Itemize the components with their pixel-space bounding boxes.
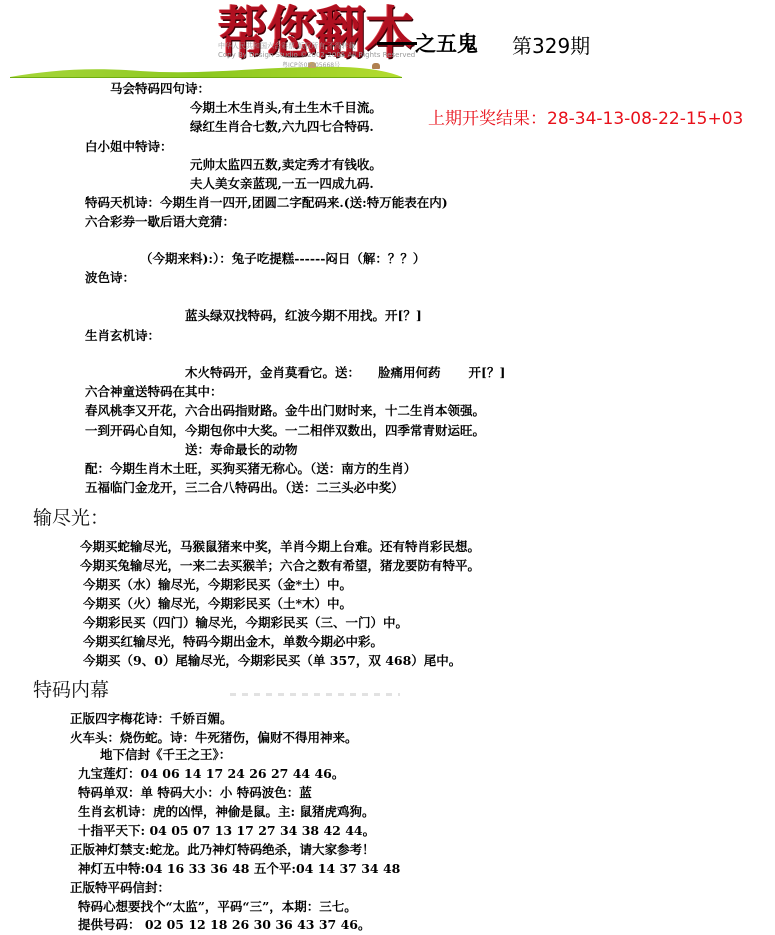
shentong-line: 一到开码心自知，今期包你中大奖。一二相伴双数出，四季常青财运旺。 [85, 422, 485, 440]
shentong-gift: 送：寿命最长的动物 [185, 441, 298, 459]
shengxiao-heading: 生肖玄机诗： [85, 327, 160, 345]
last-result: 上期开奖结果：28-34-13-08-22-15+03 [428, 104, 743, 129]
shujinguang-line: 今期买兔输尽光，一来二去买猴羊；六合之数有希望，猪龙要防有特平。 [80, 557, 480, 575]
temaneimu-line: 特码心想要找个“太监”，平码“三”，本期：三七。 [78, 898, 357, 916]
shujinguang-line: 今期买（水）输尽光，今期彩民买（金*土）中。 [83, 576, 352, 594]
shengxiao-line-c: 开[？] [469, 365, 506, 380]
shujinguang-line: 今期买红输尽光，特码今期出金木，单数今期必中彩。 [83, 633, 383, 651]
temaneimu-line: 十指平天下: 04 05 07 13 17 27 34 38 42 44。 [78, 822, 375, 840]
temaneimu-line: 九宝莲灯：04 06 14 17 24 26 27 44 46。 [78, 765, 344, 783]
shujinguang-line: 今期彩民买（四门）输尽光，今期彩民买（三、一门）中。 [83, 614, 408, 632]
mahui-line: 绿红生肖合七数,六九四七合特码. [190, 118, 374, 136]
shujinguang-line: 今期买（9、0）尾输尽光，今期彩民买（单 357，双 468）尾中。 [83, 652, 461, 670]
bai-heading: 白小姐中特诗： [85, 138, 173, 156]
tianji-line: 特码天机诗：今期生肖一四开,团圆二字配码来.(送:特万能表在内) [85, 194, 448, 212]
mahui-heading: 马会特码四句诗： [110, 80, 210, 98]
shentong-line: 春风桃李又开花，六合出码指财路。金牛出门财时来，十二生肖本领强。 [85, 402, 485, 420]
temaneimu-line: 正版特平码信封： [70, 879, 170, 897]
xiehouyu-line: （今期来料):）：兔子吃提糕------闷日（解：？？） [140, 250, 425, 268]
mahui-line: 今期土木生肖头,有土生木千目流。 [190, 99, 382, 117]
watermark-line: Copy By Design Studio ©2002-2005 All Rig… [218, 51, 415, 60]
banner-dash [377, 42, 417, 45]
divider [230, 693, 400, 696]
temaneimu-heading: 特码内幕 [33, 678, 109, 702]
shentong-pei: 配：今期生肖木土旺，买狗买猪无称心。（送：南方的生肖） [85, 460, 416, 478]
shentong-wufu: 五福临门金龙开，三二合八特码出。（送：二三头必中奖） [85, 479, 404, 497]
shengxiao-line-b: 脸痛用何药 [378, 365, 441, 380]
temaneimu-line: 生肖玄机诗：虎的凶悍，神偷是鼠。主: 鼠猪虎鸡狗。 [78, 803, 374, 821]
xiehouyu-heading: 六合彩券一歇后语大竞猜： [85, 213, 235, 231]
issue-number: 第329期 [512, 30, 590, 59]
shujinguang-line: 今期买（火）输尽光，今期彩民买（土*木）中。 [83, 595, 352, 613]
bai-line: 夫人美女亲蓝现,一五一四成九码. [190, 175, 374, 193]
banner-subtitle: 之五鬼 [415, 28, 478, 58]
shujinguang-line: 今期买蛇输尽光，马猴鼠猪来中奖，羊肖今期上台难。还有特肖彩民想。 [80, 538, 480, 556]
temaneimu-line: 正版四字梅花诗：千娇百媚。 [70, 710, 233, 728]
bose-heading: 波色诗： [85, 269, 135, 287]
last-result-label: 上期开奖结果： [428, 109, 547, 129]
temaneimu-line: 特码单双：单 特码大小：小 特码波色：蓝 [78, 784, 312, 802]
bai-line: 元帅太监四五数,卖定秀才有钱收。 [190, 156, 382, 174]
header-banner: 帮您翻本 中华人民共和国六合彩票 版权所有 不得转载 Copy By Desig… [0, 0, 775, 80]
temaneimu-line: 正版神灯禁支:蛇龙。此乃神灯特码绝杀，请大家参考！ [70, 841, 375, 859]
bose-line: 蓝头绿双找特码，红波今期不用找。开[？] [185, 307, 422, 325]
shentong-heading: 六合神童送特码在其中： [85, 383, 223, 401]
banner-icp: 粤ICP备05005668号 [282, 60, 340, 69]
temaneimu-line: 火车头：烧伤蛇。诗：牛死猪伤，偏财不得用神来。 [70, 729, 358, 747]
shujinguang-heading: 输尽光： [33, 506, 109, 530]
last-result-numbers: 28-34-13-08-22-15+03 [547, 109, 743, 129]
temaneimu-line: 提供号码： 02 05 12 18 26 30 36 43 37 46。 [78, 916, 370, 934]
temaneimu-line: 地下信封《千王之王》： [100, 746, 231, 764]
temaneimu-line: 神灯五中特:04 16 33 36 48 五个平:04 14 37 34 48 [78, 860, 400, 878]
shengxiao-line-a: 木火特码开，金肖莫看它。送： [185, 365, 360, 380]
shengxiao-line: 木火特码开，金肖莫看它。送：脸痛用何药开[？] [185, 364, 505, 382]
